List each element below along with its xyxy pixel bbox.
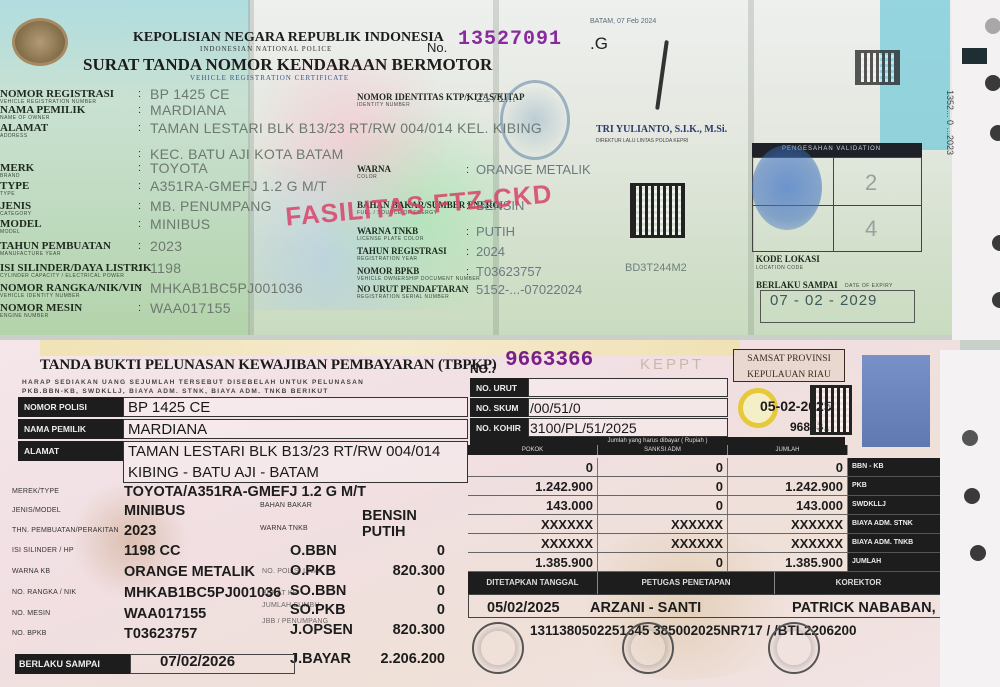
official-stamp-icon bbox=[622, 622, 674, 674]
extra-value: PUTIH bbox=[362, 524, 406, 540]
validation-cell: 4 bbox=[865, 216, 877, 242]
embossed-seal-icon bbox=[500, 80, 570, 160]
agency-name-en: INDONESIAN NATIONAL POLICE bbox=[200, 45, 332, 53]
field-value: 5152-...-07022024 bbox=[476, 282, 582, 297]
jumlah-cell: XXXXXX bbox=[728, 534, 848, 552]
field-label: WARNA bbox=[357, 164, 391, 174]
issue-place-date: BATAM, 07 Feb 2024 bbox=[590, 18, 656, 25]
tbpkp-no-label: NO.: bbox=[470, 362, 495, 376]
tbpkp-title: TANDA BUKTI PELUNASAN KEWAJIBAN PEMBAYAR… bbox=[40, 357, 497, 374]
opsen-label: SO.PKB bbox=[290, 602, 346, 618]
validation-stamp-icon bbox=[752, 145, 822, 230]
field-colon: : bbox=[138, 162, 141, 174]
opsen-value: 0 bbox=[360, 543, 445, 559]
vehicle-label: NO. MESIN bbox=[12, 610, 50, 617]
opsen-value: 2.206.200 bbox=[360, 651, 445, 667]
field-label: NOMOR BPKB bbox=[357, 266, 419, 276]
vehicle-label: NO. BPKB bbox=[12, 630, 47, 637]
marker-block bbox=[962, 48, 987, 64]
official-stamp-icon bbox=[472, 622, 524, 674]
valid-until-date: 07/02/2026 bbox=[160, 653, 235, 670]
column-header: JUMLAH bbox=[728, 445, 848, 455]
table-row: 1.385.90001.385.900 bbox=[468, 553, 848, 572]
field-label: NO URUT PENDAFTARAN bbox=[357, 284, 468, 294]
field-colon: : bbox=[138, 148, 141, 160]
field-colon: : bbox=[466, 92, 469, 104]
corrector: PATRICK NABABAN, S bbox=[792, 600, 949, 616]
document-title-en: VEHICLE REGISTRATION CERTIFICATE bbox=[190, 74, 349, 82]
footer-header: DITETAPKAN TANGGAL PETUGAS PENETAPAN KOR… bbox=[468, 572, 943, 594]
vehicle-value: WAA017155 bbox=[124, 606, 206, 622]
field-value: 1198 bbox=[150, 260, 181, 276]
extra-value: BENSIN bbox=[362, 508, 417, 524]
punch-hole bbox=[970, 545, 986, 561]
serial-label: No. bbox=[427, 40, 447, 55]
field-sublabel: ENGINE NUMBER bbox=[0, 313, 49, 319]
extra-label: BAHAN BAKAR bbox=[260, 502, 312, 509]
field-colon: : bbox=[138, 122, 141, 134]
keppt-watermark: KEPPT bbox=[640, 356, 704, 373]
tbpkp-serial: 9663366 bbox=[505, 349, 593, 372]
field-colon: : bbox=[466, 226, 469, 238]
serial-suffix: .G bbox=[590, 34, 608, 54]
field-sublabel: CYLINDER CAPACITY / ELECTRICAL POWER bbox=[0, 273, 124, 279]
field-sublabel: VEHICLE OWNERSHIP DOCUMENT NUMBER bbox=[357, 276, 480, 282]
pokok-cell: XXXXXX bbox=[468, 515, 598, 533]
vehicle-label: NO. RANGKA / NIK bbox=[12, 589, 76, 596]
jumlah-cell: 143.000 bbox=[728, 496, 848, 514]
field-colon: : bbox=[466, 284, 469, 296]
pokok-cell: 143.000 bbox=[468, 496, 598, 514]
vertical-serial-text: 1352... 0 ...2023 bbox=[945, 90, 955, 155]
category-label: BIAYA ADM. STNK bbox=[848, 515, 940, 534]
category-label: JUMLAH bbox=[848, 553, 940, 572]
opsen-value: 820.300 bbox=[360, 563, 445, 579]
punch-hole bbox=[985, 18, 1000, 34]
ref-label: NO. SKUM bbox=[470, 398, 528, 417]
field-colon: : bbox=[138, 180, 141, 192]
pokok-cell: 1.242.900 bbox=[468, 477, 598, 495]
document-title: SURAT TANDA NOMOR KENDARAAN BERMOTOR bbox=[83, 55, 492, 75]
column-header: KOREKTOR bbox=[775, 572, 943, 594]
sanksi-cell: 0 bbox=[598, 496, 728, 514]
perforated-edge bbox=[952, 0, 1000, 340]
punch-hole bbox=[992, 292, 1000, 308]
vehicle-value: T03623757 bbox=[124, 626, 197, 642]
tbpkp-subtitle-1: HARAP SEDIAKAN UANG SEJUMLAH TERSEBUT DI… bbox=[22, 378, 364, 387]
opsen-value: 0 bbox=[360, 602, 445, 618]
field-colon: : bbox=[466, 246, 469, 258]
category-label: BIAYA ADM. TNKB bbox=[848, 534, 940, 553]
field-value: ORANGE METALIK bbox=[476, 162, 591, 177]
owner-value: MARDIANA bbox=[128, 421, 207, 438]
field-value: MINIBUS bbox=[150, 216, 210, 232]
field-sublabel: MANUFACTURE YEAR bbox=[0, 251, 61, 257]
tbpkp-card: TANDA BUKTI PELUNASAN KEWAJIBAN PEMBAYAR… bbox=[0, 340, 960, 687]
ref-value: 3100/PL/51/2025 bbox=[530, 420, 637, 436]
punch-hole bbox=[992, 235, 1000, 251]
pokok-cell: XXXXXX bbox=[468, 534, 598, 552]
field-value: BP 1425 CE bbox=[150, 86, 230, 102]
field-sublabel: REGISTRATION YEAR bbox=[357, 256, 418, 262]
expiry-label: BERLAKU SAMPAI bbox=[756, 280, 838, 290]
signatory-title: DIREKTUR LALU LINTAS POLDA KEPRI bbox=[596, 138, 688, 144]
field-sublabel: COLOR bbox=[357, 174, 377, 180]
field-sublabel: MODEL bbox=[0, 229, 20, 235]
jumlah-cell: XXXXXX bbox=[728, 515, 848, 533]
expiry-date: 07 - 02 - 2029 bbox=[770, 292, 877, 309]
vehicle-label: JENIS/MODEL bbox=[12, 507, 61, 514]
owner-label: NOMOR POLISI bbox=[18, 397, 123, 417]
expiry-sublabel: DATE OF EXPIRY bbox=[845, 283, 893, 289]
category-label: PKB bbox=[848, 477, 940, 496]
field-value: MARDIANA bbox=[150, 102, 226, 118]
field-colon: : bbox=[138, 200, 141, 212]
sanksi-cell: XXXXXX bbox=[598, 515, 728, 533]
opsen-label: J.OPSEN bbox=[290, 622, 353, 638]
field-sublabel: BRAND bbox=[0, 173, 20, 179]
punch-hole bbox=[985, 75, 1000, 91]
vehicle-label: WARNA KB bbox=[12, 568, 50, 575]
field-colon: : bbox=[138, 262, 141, 274]
field-value: PUTIH bbox=[476, 224, 515, 239]
column-header: PETUGAS PENETAPAN bbox=[598, 572, 775, 594]
field-sublabel: TYPE bbox=[0, 191, 15, 197]
signatory-name: TRI YULIANTO, S.I.K., M.Si. bbox=[596, 124, 727, 135]
table-row: 000 bbox=[468, 458, 848, 477]
sanksi-cell: XXXXXX bbox=[598, 534, 728, 552]
field-value: TAMAN LESTARI BLK B13/23 RT/RW 004/014 K… bbox=[150, 120, 542, 136]
field-sublabel: REGISTRATION SERIAL NUMBER bbox=[357, 294, 449, 300]
tbpkp-subtitle-2: PKB.BBN-KB, SWDKLLJ, BIAYA ADM. STNK, BI… bbox=[22, 387, 329, 396]
field-colon: : bbox=[138, 302, 141, 314]
table-row: XXXXXXXXXXXXXXXXXX bbox=[468, 534, 848, 553]
vehicle-value: TOYOTA/A351RA-GMEFJ 1.2 G M/T bbox=[124, 484, 366, 500]
opsen-label: J.BAYAR bbox=[290, 651, 351, 667]
signature-icon bbox=[655, 40, 669, 110]
official-stamp-icon bbox=[768, 622, 820, 674]
ref-label: NO. KOHIR bbox=[470, 418, 528, 437]
category-label: BBN - KB bbox=[848, 458, 940, 477]
sanksi-cell: 0 bbox=[598, 458, 728, 476]
field-sublabel: ADDRESS bbox=[0, 133, 28, 139]
field-sublabel: LICENSE PLATE COLOR bbox=[357, 236, 424, 242]
field-value: T03623757 bbox=[476, 264, 542, 279]
vehicle-value: 1198 CC bbox=[124, 543, 180, 559]
column-header: DITETAPKAN TANGGAL bbox=[468, 572, 598, 594]
field-value: 2023 bbox=[150, 238, 182, 254]
category-label: SWDKLLJ bbox=[848, 496, 940, 515]
field-sublabel: NAME OF OWNER bbox=[0, 115, 50, 121]
vehicle-label: MEREK/TYPE bbox=[12, 488, 59, 495]
vehicle-value: MINIBUS bbox=[124, 503, 185, 519]
field-label: TAHUN REGISTRASI bbox=[357, 246, 447, 256]
opsen-value: 820.300 bbox=[360, 622, 445, 638]
field-sublabel: CATEGORY bbox=[0, 211, 32, 217]
field-colon: : bbox=[138, 88, 141, 100]
location-code-label: KODE LOKASI bbox=[756, 254, 820, 264]
serial-number: 13527091 bbox=[458, 28, 562, 51]
perforated-edge bbox=[940, 350, 1000, 687]
sanksi-cell: 0 bbox=[598, 477, 728, 495]
police-emblem-icon bbox=[12, 18, 68, 66]
qr-code-icon bbox=[810, 385, 852, 435]
opsen-label: O.BBN bbox=[290, 543, 337, 559]
validation-cell: 2 bbox=[865, 170, 877, 196]
punch-hole bbox=[964, 488, 980, 504]
column-header: SANKSI ADM bbox=[598, 445, 728, 455]
assessing-officer: ARZANI - SANTI bbox=[590, 600, 701, 616]
field-colon: : bbox=[466, 266, 469, 278]
field-colon: : bbox=[138, 218, 141, 230]
sanksi-cell: 0 bbox=[598, 553, 728, 571]
amount-table-header: POKOK SANKSI ADM JUMLAH bbox=[468, 445, 848, 455]
ref-box bbox=[528, 378, 728, 397]
field-colon: : bbox=[138, 282, 141, 294]
extra-label: WARNA TNKB bbox=[260, 525, 308, 532]
opsen-value: 0 bbox=[360, 583, 445, 599]
agency-name: KEPOLISIAN NEGARA REPUBLIK INDONESIA bbox=[133, 30, 444, 46]
field-sublabel: VEHICLE IDENTITY NUMBER bbox=[0, 293, 80, 299]
stnk-card: KEPOLISIAN NEGARA REPUBLIK INDONESIA IND… bbox=[0, 0, 975, 335]
qr-code-icon bbox=[630, 183, 685, 238]
punch-hole bbox=[990, 125, 1000, 141]
qr-code-icon bbox=[855, 50, 900, 85]
opsen-label: SO.BBN bbox=[290, 583, 346, 599]
jumlah-cell: 1.385.900 bbox=[728, 553, 848, 571]
owner-label: NAMA PEMILIK bbox=[18, 419, 123, 439]
qr-code-text: BD3T244M2 bbox=[625, 262, 687, 274]
owner-value: TAMAN LESTARI BLK B13/23 RT/RW 004/014 bbox=[128, 443, 440, 460]
vehicle-value: MHKAB1BC5PJ001036 bbox=[124, 585, 281, 601]
opsen-label: O.PKB bbox=[290, 563, 336, 579]
field-value: MB. PENUMPANG bbox=[150, 198, 272, 214]
pokok-cell: 1.385.900 bbox=[468, 553, 598, 571]
amount-table-caption: Jumlah yang harus dibayar ( Rupiah ) bbox=[470, 437, 845, 445]
field-value: 2024 bbox=[476, 244, 505, 259]
vehicle-value: 2023 bbox=[124, 523, 156, 539]
field-colon: : bbox=[466, 164, 469, 176]
owner-photo bbox=[862, 355, 930, 447]
table-row: XXXXXXXXXXXXXXXXXX bbox=[468, 515, 848, 534]
table-row: 1.242.90001.242.900 bbox=[468, 477, 848, 496]
punch-hole bbox=[962, 430, 978, 446]
assessment-date: 05/02/2025 bbox=[487, 600, 560, 616]
owner-value: BP 1425 CE bbox=[128, 399, 210, 416]
table-row: 143.0000143.000 bbox=[468, 496, 848, 515]
ref-value: /00/51/0 bbox=[530, 400, 581, 416]
field-value: TOYOTA bbox=[150, 160, 208, 176]
vehicle-value: ORANGE METALIK bbox=[124, 564, 255, 580]
valid-until-label: BERLAKU SAMPAI bbox=[15, 654, 130, 674]
field-value: MHKAB1BC5PJ001036 bbox=[150, 280, 303, 296]
jumlah-cell: 0 bbox=[728, 458, 848, 476]
field-sublabel: IDENTITY NUMBER bbox=[357, 102, 410, 108]
jumlah-cell: 1.242.900 bbox=[728, 477, 848, 495]
field-value: A351RA-GMEFJ 1.2 G M/T bbox=[150, 178, 327, 194]
owner-value-2: KIBING - BATU AJI - BATAM bbox=[128, 464, 319, 481]
decorative-band bbox=[40, 340, 740, 356]
field-colon: : bbox=[138, 104, 141, 116]
location-code-sublabel: LOCATION CODE bbox=[756, 265, 804, 271]
field-colon: : bbox=[138, 240, 141, 252]
owner-label: ALAMAT bbox=[18, 441, 123, 461]
field-label: WARNA TNKB bbox=[357, 226, 418, 236]
column-header: POKOK bbox=[468, 445, 598, 455]
pokok-cell: 0 bbox=[468, 458, 598, 476]
samsat-stamp: SAMSAT PROVINSI KEPULAUAN RIAU bbox=[733, 349, 845, 382]
vehicle-label: THN. PEMBUATAN/PERAKITAN bbox=[12, 527, 119, 534]
field-value: WAA017155 bbox=[150, 300, 231, 316]
vehicle-label: ISI SILINDER / HP bbox=[12, 547, 74, 554]
ref-label: NO. URUT bbox=[470, 378, 528, 397]
